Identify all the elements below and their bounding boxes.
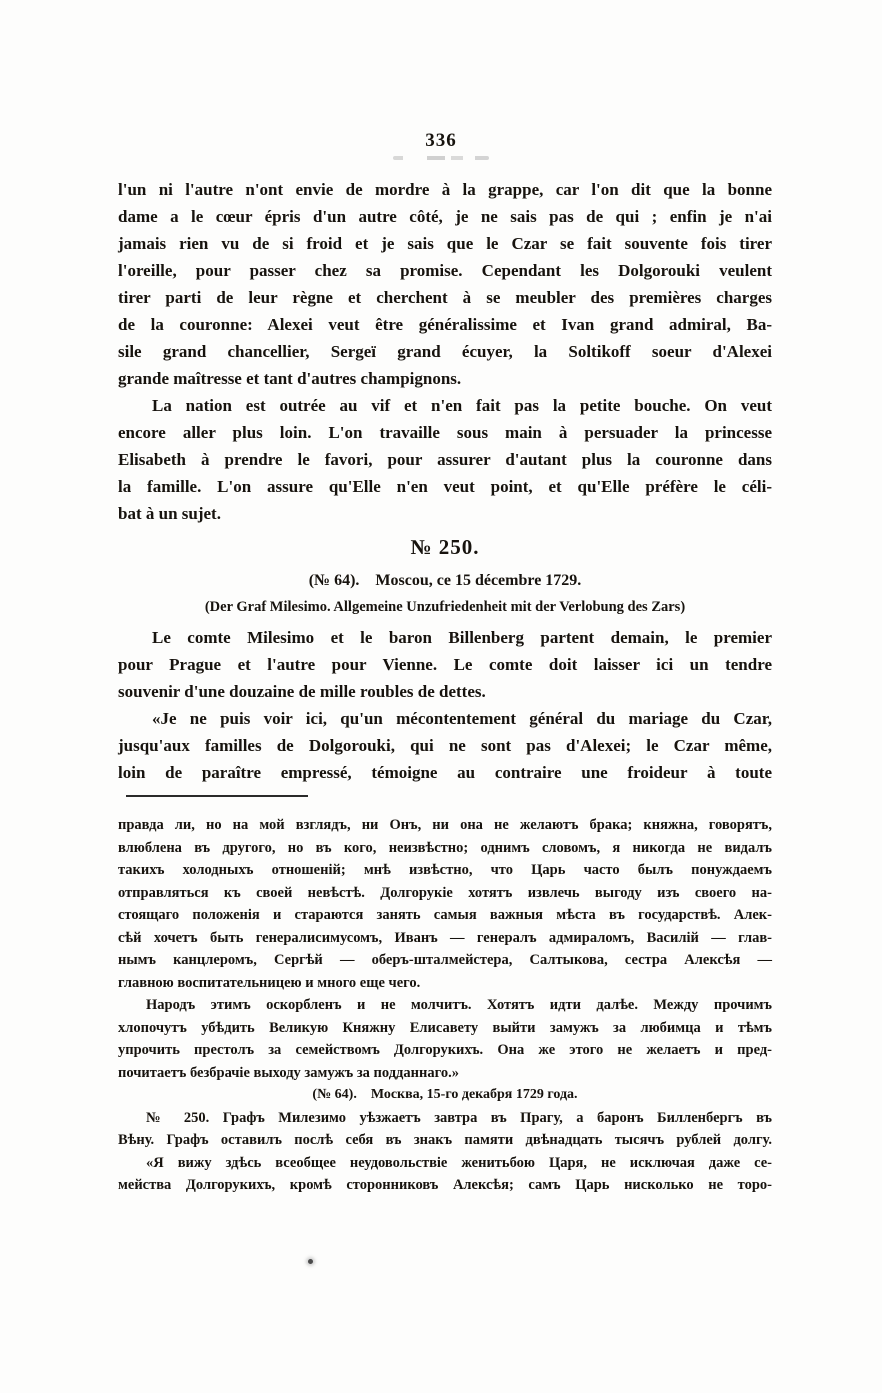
text-line: grande maîtresse et tant d'autres champi… [118, 365, 772, 392]
footnote-paragraph-2: Народъ этимъ оскорбленъ и не молчитъ. Хо… [118, 994, 772, 1084]
text-line: encore aller plus loin. L'on travaille s… [118, 419, 772, 446]
letter-dateline: (№ 64). Moscou, ce 15 décembre 1729. [118, 570, 772, 592]
text-line: почитаетъ безбрачіе выходу замужъ за под… [118, 1062, 772, 1085]
text-line: «Je ne puis voir ici, qu'un mécontenteme… [118, 705, 772, 732]
footnote-russian: правда ли, но на мой взглядъ, ни Онъ, ни… [118, 814, 772, 1197]
text-line: Вѣну. Графъ оставилъ послѣ себя въ знакъ… [118, 1129, 772, 1152]
paragraph-french-4: «Je ne puis voir ici, qu'un mécontenteme… [118, 705, 772, 786]
text-line: pour Prague et l'autre pour Vienne. Le c… [118, 651, 772, 678]
footnote-separator [126, 795, 308, 797]
text-line: loin de paraître empressé, témoigne au c… [118, 759, 772, 786]
text-line: l'un ni l'autre n'ont envie de mordre à … [118, 176, 772, 203]
text-line: нымъ канцлеромъ, Сергѣй — оберъ-шталмейс… [118, 949, 772, 972]
paragraph-french-3: Le comte Milesimo et le baron Billenberg… [118, 624, 772, 705]
text-line: «Я вижу здѣсь всеобщее неудовольствіе же… [118, 1152, 772, 1175]
text-line: de la couronne: Alexei veut être général… [118, 311, 772, 338]
text-line: souvenir d'une douzaine de mille roubles… [118, 678, 772, 705]
page-number: 336 [0, 0, 882, 154]
paragraph-french-2: La nation est outrée au vif et n'en fait… [118, 392, 772, 527]
text-line: l'oreille, pour passer chez sa promise. … [118, 257, 772, 284]
footnote-paragraph-4: «Я вижу здѣсь всеобщее неудовольствіе же… [118, 1152, 772, 1197]
text-line: главною воспитательницею и много еще чег… [118, 972, 772, 995]
text-line: № 250. Графъ Милезимо уѣзжаетъ завтра въ… [118, 1107, 772, 1130]
text-line: отправляться къ своей невѣстѣ. Долгорукі… [118, 882, 772, 905]
text-line: правда ли, но на мой взглядъ, ни Онъ, ни… [118, 814, 772, 837]
book-page: 336 l'un ni l'autre n'ont envie de mordr… [0, 0, 882, 1393]
letter-number-heading: № 250. [118, 534, 772, 561]
text-line: влюблена въ другого, но въ кого, неизвѣс… [118, 837, 772, 860]
text-line: La nation est outrée au vif et n'en fait… [118, 392, 772, 419]
paragraph-french-1: l'un ni l'autre n'ont envie de mordre à … [118, 176, 772, 392]
text-line: стоящаго положенія и стараются занять са… [118, 904, 772, 927]
text-line: Le comte Milesimo et le baron Billenberg… [118, 624, 772, 651]
footnote-dateline: (№ 64). Москва, 15-го декабря 1729 года. [118, 1084, 772, 1107]
page-content: l'un ni l'autre n'ont envie de mordre à … [118, 176, 772, 1197]
text-line: jusqu'aux familles de Dolgorouki, qui ne… [118, 732, 772, 759]
ink-speck [308, 1259, 313, 1264]
footnote-paragraph-1: правда ли, но на мой взглядъ, ни Онъ, ни… [118, 814, 772, 994]
footnote-paragraph-3: № 250. Графъ Милезимо уѣзжаетъ завтра въ… [118, 1107, 772, 1152]
text-line: dame a le cœur épris d'un autre côté, je… [118, 203, 772, 230]
text-line: мейства Долгорукихъ, кромѣ сторонниковъ … [118, 1174, 772, 1197]
text-line: упрочить престолъ за семействомъ Долгору… [118, 1039, 772, 1062]
text-line: sile grand chancellier, Sergeï grand écu… [118, 338, 772, 365]
text-line: bat à un sujet. [118, 500, 772, 527]
text-line: такихъ холодныхъ отношеній; мнѣ извѣстно… [118, 859, 772, 882]
text-line: сѣй хочетъ быть генералисимусомъ, Иванъ … [118, 927, 772, 950]
text-line: Народъ этимъ оскорбленъ и не молчитъ. Хо… [118, 994, 772, 1017]
letter-subject-german: (Der Graf Milesimo. Allgemeine Unzufried… [118, 597, 772, 617]
text-line: la famille. L'on assure qu'Elle n'en veu… [118, 473, 772, 500]
main-text: l'un ni l'autre n'ont envie de mordre à … [118, 176, 772, 786]
print-smudge [393, 156, 489, 160]
text-line: jamais rien vu de si froid et je sais qu… [118, 230, 772, 257]
text-line: хлопочутъ убѣдить Великую Княжну Елисаве… [118, 1017, 772, 1040]
text-line: Elisabeth à prendre le favori, pour assu… [118, 446, 772, 473]
text-line: tirer parti de leur règne et cherchent à… [118, 284, 772, 311]
